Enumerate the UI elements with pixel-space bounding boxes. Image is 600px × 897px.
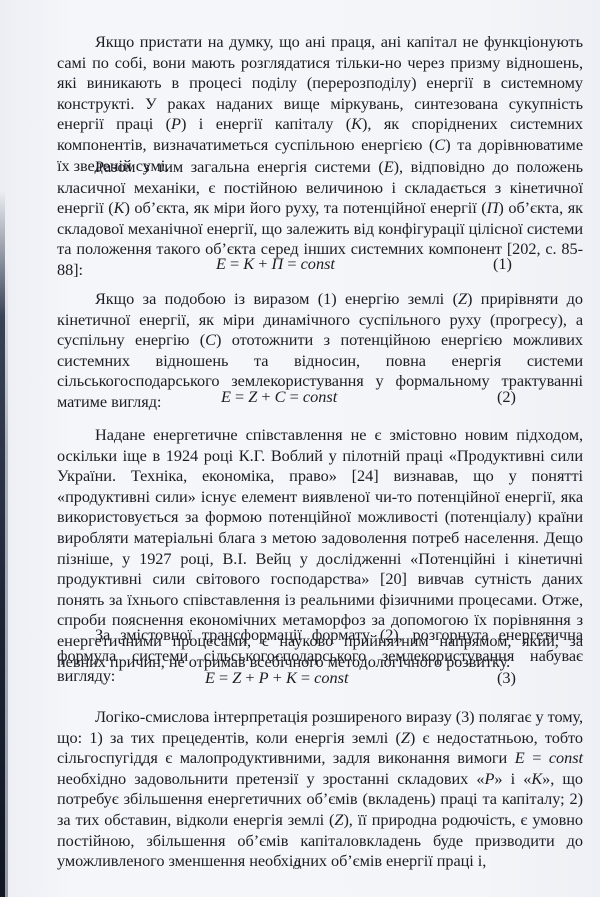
formula-number: (2) [497,387,516,407]
paragraph-1: Якщо пристати на думку, що ані праця, ан… [57,32,583,176]
formula-number: (1) [493,254,512,274]
paragraph-text: Якщо пристати на думку, що ані праця, ан… [57,32,583,176]
paragraph-6: Логіко-смислова інтерпретація розширеног… [57,707,583,872]
formula-number: (3) [497,668,516,688]
document-page: Якщо пристати на думку, що ані праця, ан… [0,0,600,897]
book-spine-edge [5,260,8,897]
formula-expression: E = Z + C = const [221,387,337,407]
formula-expression: E = K + П = const [216,254,335,274]
formula-expression: E = Z + P + K = const [205,668,349,688]
page-number: 9 [294,857,301,873]
paragraph-text: Логіко-смислова інтерпретація розширеног… [57,707,583,872]
